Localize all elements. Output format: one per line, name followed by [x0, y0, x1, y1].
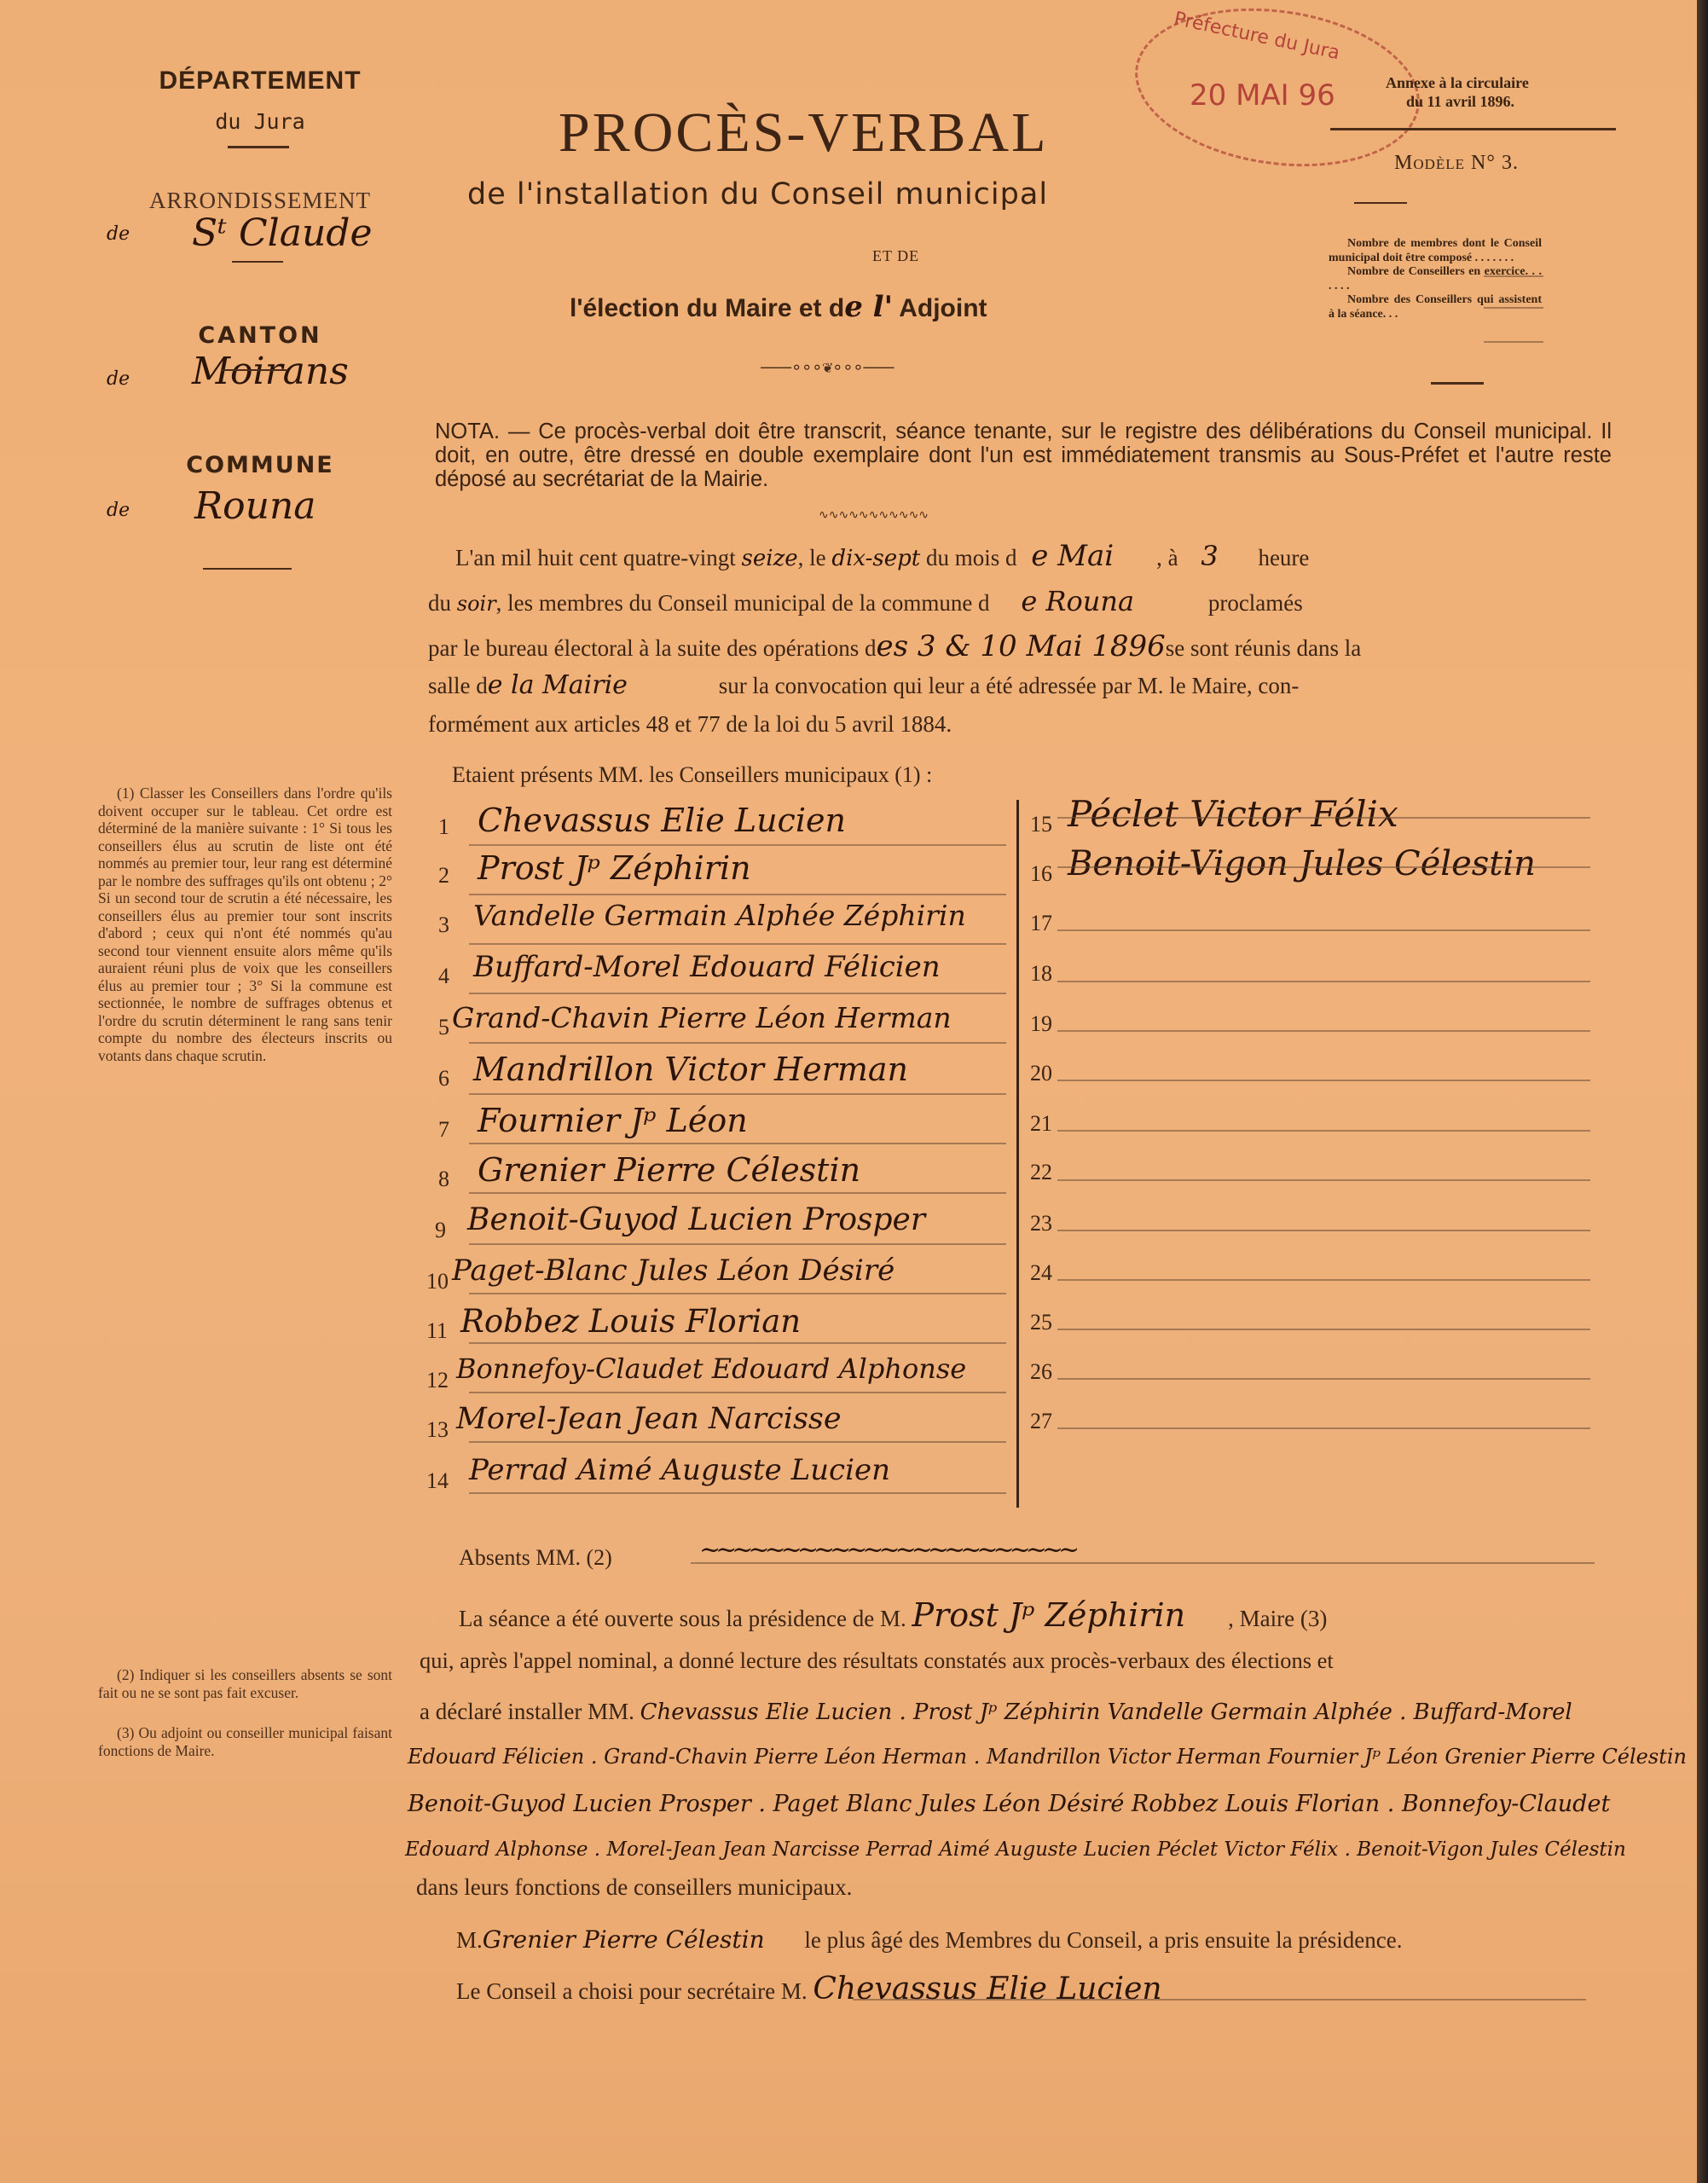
- row-number: 21: [1030, 1111, 1052, 1137]
- nombre-presents-line[interactable]: [1484, 341, 1543, 343]
- row-number: 26: [1030, 1359, 1052, 1385]
- divider: [203, 568, 292, 570]
- divider: [232, 261, 283, 263]
- entry-line: [469, 993, 1006, 994]
- text: se sont réunis dans la: [1166, 635, 1361, 661]
- councillor-name[interactable]: Grand-Chavin Pierre Léon Herman: [452, 1001, 952, 1034]
- text: le plus âgé des Membres du Conseil, a pr…: [804, 1927, 1402, 1953]
- presents-label: Etaient présents MM. les Conseillers mun…: [452, 762, 932, 788]
- row-number: 12: [426, 1368, 449, 1393]
- entry-line: [469, 1143, 1006, 1144]
- commune-value: Rouna: [194, 484, 316, 528]
- row-number: 17: [1030, 911, 1052, 936]
- text: par le bureau électoral à la suite des o…: [428, 635, 877, 661]
- election-prefix: l'élection du Maire et d: [570, 294, 844, 322]
- footnote-1: (1) Classer les Conseillers dans l'ordre…: [98, 785, 392, 1064]
- text: La séance a été ouverte sous la présiden…: [459, 1606, 906, 1631]
- arrondissement-label: ARRONDISSEMENT: [115, 188, 405, 214]
- commune-field[interactable]: e Rouna: [995, 585, 1202, 617]
- councillor-name[interactable]: Chevassus Elie Lucien: [478, 802, 846, 839]
- text: proclamés: [1208, 590, 1303, 616]
- departement-value: du Jura: [115, 109, 405, 134]
- row-number: 22: [1030, 1160, 1052, 1185]
- document-title: PROCÈS-VERBAL: [559, 101, 1048, 165]
- annexe-line-2: du 11 avril 1896.: [1386, 92, 1529, 111]
- entry-line: [469, 1293, 1006, 1294]
- preamble-line-3: par le bureau électoral à la suite des o…: [428, 629, 1361, 663]
- entry-line[interactable]: [1057, 1329, 1590, 1330]
- row-number: 2: [438, 863, 449, 889]
- year-field[interactable]: seize: [742, 546, 798, 571]
- divider: [222, 369, 287, 371]
- councillor-name[interactable]: Morel-Jean Jean Narcisse: [456, 1402, 842, 1436]
- nombre-exercice: Nombre de Conseillers en exercice. . . .…: [1329, 265, 1542, 293]
- president-field[interactable]: Prost Jᵖ Zéphirin: [912, 1596, 1229, 1634]
- election-handwritten: e l': [844, 290, 893, 324]
- row-number: 18: [1030, 961, 1052, 987]
- entry-line[interactable]: [1057, 1230, 1590, 1231]
- modele-number: Modèle N° 3.: [1394, 152, 1519, 175]
- entry-line: [469, 844, 1006, 846]
- entry-line[interactable]: [1057, 1179, 1590, 1181]
- stamp-date: 20 MAI 96: [1190, 78, 1335, 113]
- row-number: 20: [1030, 1061, 1052, 1086]
- canton-label: CANTON: [115, 322, 405, 349]
- text: , à: [1156, 545, 1178, 570]
- divider: [1354, 202, 1407, 204]
- document-subtitle: de l'installation du Conseil municipal: [467, 177, 1048, 211]
- text: a déclaré installer MM.: [420, 1699, 634, 1724]
- entry-line[interactable]: [1057, 1080, 1590, 1081]
- text: Le Conseil a choisi pour secrétaire M.: [456, 1978, 808, 2004]
- entry-line: [469, 1192, 1006, 1194]
- absents-value[interactable]: ~~~~~~~~~~~~~~~~~~~~~~~: [699, 1535, 1074, 1565]
- text: heure: [1258, 545, 1309, 570]
- seance-line-8: M.Grenier Pierre Célestin le plus âgé de…: [456, 1925, 1403, 1954]
- secretary-field[interactable]: Chevassus Elie Lucien: [813, 1972, 1161, 2006]
- councillor-name[interactable]: Prost Jᵖ Zéphirin: [478, 849, 751, 887]
- title-ornament: ———∘∘∘❦∘∘∘———: [761, 356, 895, 377]
- entry-line[interactable]: [1057, 929, 1590, 931]
- text: du mois d: [926, 545, 1017, 570]
- divider: [1431, 382, 1484, 385]
- entry-line: [691, 1562, 1595, 1564]
- row-number: 11: [426, 1318, 448, 1344]
- entry-line[interactable]: [1057, 1130, 1590, 1132]
- installed-names-line-2[interactable]: Edouard Félicien . Grand-Chavin Pierre L…: [408, 1745, 1687, 1769]
- departement-label: DÉPARTEMENT: [115, 67, 405, 96]
- period-field[interactable]: soir: [457, 592, 496, 616]
- preamble-line-2: du soir, les membres du Conseil municipa…: [428, 585, 1303, 617]
- nombre-exercice-line[interactable]: [1484, 307, 1543, 309]
- annexe-line-1: Annexe à la circulaire: [1386, 73, 1529, 92]
- day-field[interactable]: dix-sept: [831, 546, 920, 571]
- councillor-name[interactable]: Fournier Jᵖ Léon: [478, 1102, 748, 1139]
- meeting-place-field[interactable]: e la Mairie: [488, 670, 713, 700]
- preamble-line-1: L'an mil huit cent quatre-vingt seize, l…: [455, 539, 1309, 573]
- text: , les membres du Conseil municipal de la…: [496, 590, 990, 616]
- arrondissement-value: Sᵗ Claude: [192, 211, 373, 255]
- page-edge: [1697, 0, 1708, 2183]
- hour-field[interactable]: 3: [1184, 540, 1252, 572]
- row-number: 27: [1030, 1409, 1052, 1434]
- arrondissement-prefix: de: [107, 223, 130, 245]
- row-number: 5: [438, 1015, 449, 1040]
- councillor-name[interactable]: Perrad Aimé Auguste Lucien: [469, 1453, 890, 1487]
- nombre-block: Nombre de membres dont le Conseil munici…: [1329, 237, 1542, 321]
- row-number: 14: [426, 1468, 449, 1494]
- row-number: 16: [1030, 861, 1052, 887]
- election-dates-field[interactable]: es 3 & 10 Mai 1896: [877, 629, 1166, 663]
- row-number: 10: [426, 1269, 449, 1294]
- annexe-note: Annexe à la circulaire du 11 avril 1896.: [1386, 73, 1529, 111]
- entry-line: [469, 943, 1006, 945]
- text: sur la convocation qui leur a été adress…: [719, 673, 1300, 698]
- councillor-name[interactable]: Mandrillon Victor Herman: [473, 1051, 908, 1088]
- councillor-name[interactable]: Buffard-Morel Edouard Félicien: [473, 950, 941, 984]
- text: L'an mil huit cent quatre-vingt: [455, 545, 736, 570]
- entry-line: [469, 1243, 1006, 1245]
- annexe-rule: [1330, 128, 1616, 130]
- seance-line-7: dans leurs fonctions de conseillers muni…: [416, 1874, 852, 1901]
- row-number: 7: [438, 1117, 449, 1143]
- row-number: 19: [1030, 1011, 1052, 1037]
- entry-line: [853, 1999, 1586, 2001]
- text: , Maire (3): [1228, 1606, 1327, 1631]
- councillor-name[interactable]: Benoit-Guyod Lucien Prosper: [467, 1202, 925, 1237]
- councillor-name[interactable]: Paget-Blanc Jules Léon Désiré: [452, 1254, 895, 1288]
- entry-line: [1057, 866, 1590, 868]
- footnote-2: (2) Indiquer si les conseillers absents …: [98, 1666, 392, 1701]
- councillor-name[interactable]: Vandelle Germain Alphée Zéphirin: [473, 899, 966, 932]
- et-de-label: ET DE: [872, 247, 919, 265]
- entry-line[interactable]: [1057, 1427, 1590, 1429]
- text: , le: [798, 545, 826, 570]
- row-number: 8: [438, 1167, 449, 1192]
- entry-line: [469, 1392, 1006, 1393]
- seance-line-9: Le Conseil a choisi pour secrétaire M. C…: [456, 1972, 1162, 2006]
- election-suffix: Adjoint: [899, 294, 987, 322]
- text: salle d: [428, 673, 488, 698]
- councillor-name[interactable]: Benoit-Vigon Jules Célestin: [1068, 844, 1536, 883]
- installed-names-line-3[interactable]: Benoit-Guyod Lucien Prosper . Paget Blan…: [408, 1791, 1610, 1817]
- entry-line[interactable]: [1057, 1030, 1590, 1032]
- entry-line: [469, 1492, 1006, 1494]
- row-number: 3: [438, 912, 449, 938]
- seance-line-3: a déclaré installer MM. Chevassus Elie L…: [420, 1699, 1572, 1725]
- election-line: l'élection du Maire et de l' Adjoint: [570, 290, 987, 324]
- installed-names-field[interactable]: Chevassus Elie Lucien . Prost Jᵖ Zéphiri…: [640, 1699, 1572, 1725]
- councillor-name[interactable]: Robbez Louis Florian: [460, 1303, 801, 1340]
- text: M.: [456, 1927, 483, 1953]
- row-number: 6: [438, 1066, 449, 1091]
- preamble-line-4: salle de la Mairie sur la convocation qu…: [428, 670, 1299, 700]
- canton-prefix: de: [107, 368, 130, 390]
- entry-line[interactable]: [1057, 1378, 1590, 1380]
- nota-paragraph: NOTA. — Ce procès-verbal doit être trans…: [435, 420, 1612, 491]
- eldest-member-field[interactable]: Grenier Pierre Célestin: [483, 1925, 799, 1954]
- commune-label: COMMUNE: [115, 452, 405, 478]
- row-number: 9: [435, 1218, 446, 1243]
- commune-prefix: de: [107, 500, 130, 521]
- row-number: 25: [1030, 1310, 1052, 1335]
- divider: [228, 146, 289, 148]
- row-number: 15: [1030, 812, 1052, 837]
- entry-line: [469, 1042, 1006, 1044]
- row-number: 23: [1030, 1211, 1052, 1236]
- row-number: 1: [438, 814, 449, 840]
- councillor-name[interactable]: Péclet Victor Félix: [1068, 793, 1398, 835]
- councillor-name[interactable]: Grenier Pierre Célestin: [478, 1151, 860, 1189]
- entry-line: [469, 1441, 1006, 1443]
- nota-ornament: ∿∿∿∿∿∿∿∿∿∿∿: [819, 508, 929, 522]
- footnote-3: (3) Ou adjoint ou conseiller municipal f…: [98, 1724, 392, 1759]
- entry-line[interactable]: [1057, 981, 1590, 982]
- nombre-membres-line[interactable]: [1484, 275, 1543, 277]
- entry-line: [469, 1342, 1006, 1344]
- row-number: 13: [426, 1417, 449, 1443]
- entry-line: [469, 1093, 1006, 1095]
- month-field[interactable]: e Mai: [1022, 539, 1156, 573]
- text: du: [428, 590, 451, 616]
- row-number: 24: [1030, 1260, 1052, 1286]
- preamble-line-5: formément aux articles 48 et 77 de la lo…: [428, 711, 952, 738]
- nombre-membres: Nombre de membres dont le Conseil munici…: [1329, 237, 1542, 265]
- seance-line-2: qui, après l'appel nominal, a donné lect…: [420, 1647, 1334, 1674]
- canton-value: Moirans: [192, 350, 349, 393]
- row-number: 4: [438, 964, 449, 989]
- absents-label: Absents MM. (2): [459, 1545, 612, 1571]
- entry-line: [1057, 817, 1590, 819]
- councillor-name[interactable]: Bonnefoy-Claudet Edouard Alphonse: [456, 1352, 966, 1385]
- installed-names-line-4[interactable]: Edouard Alphonse . Morel-Jean Jean Narci…: [405, 1838, 1626, 1861]
- seance-line-1: La séance a été ouverte sous la présiden…: [459, 1596, 1327, 1634]
- column-divider: [1016, 800, 1019, 1508]
- entry-line[interactable]: [1057, 1279, 1590, 1281]
- entry-line: [469, 894, 1006, 895]
